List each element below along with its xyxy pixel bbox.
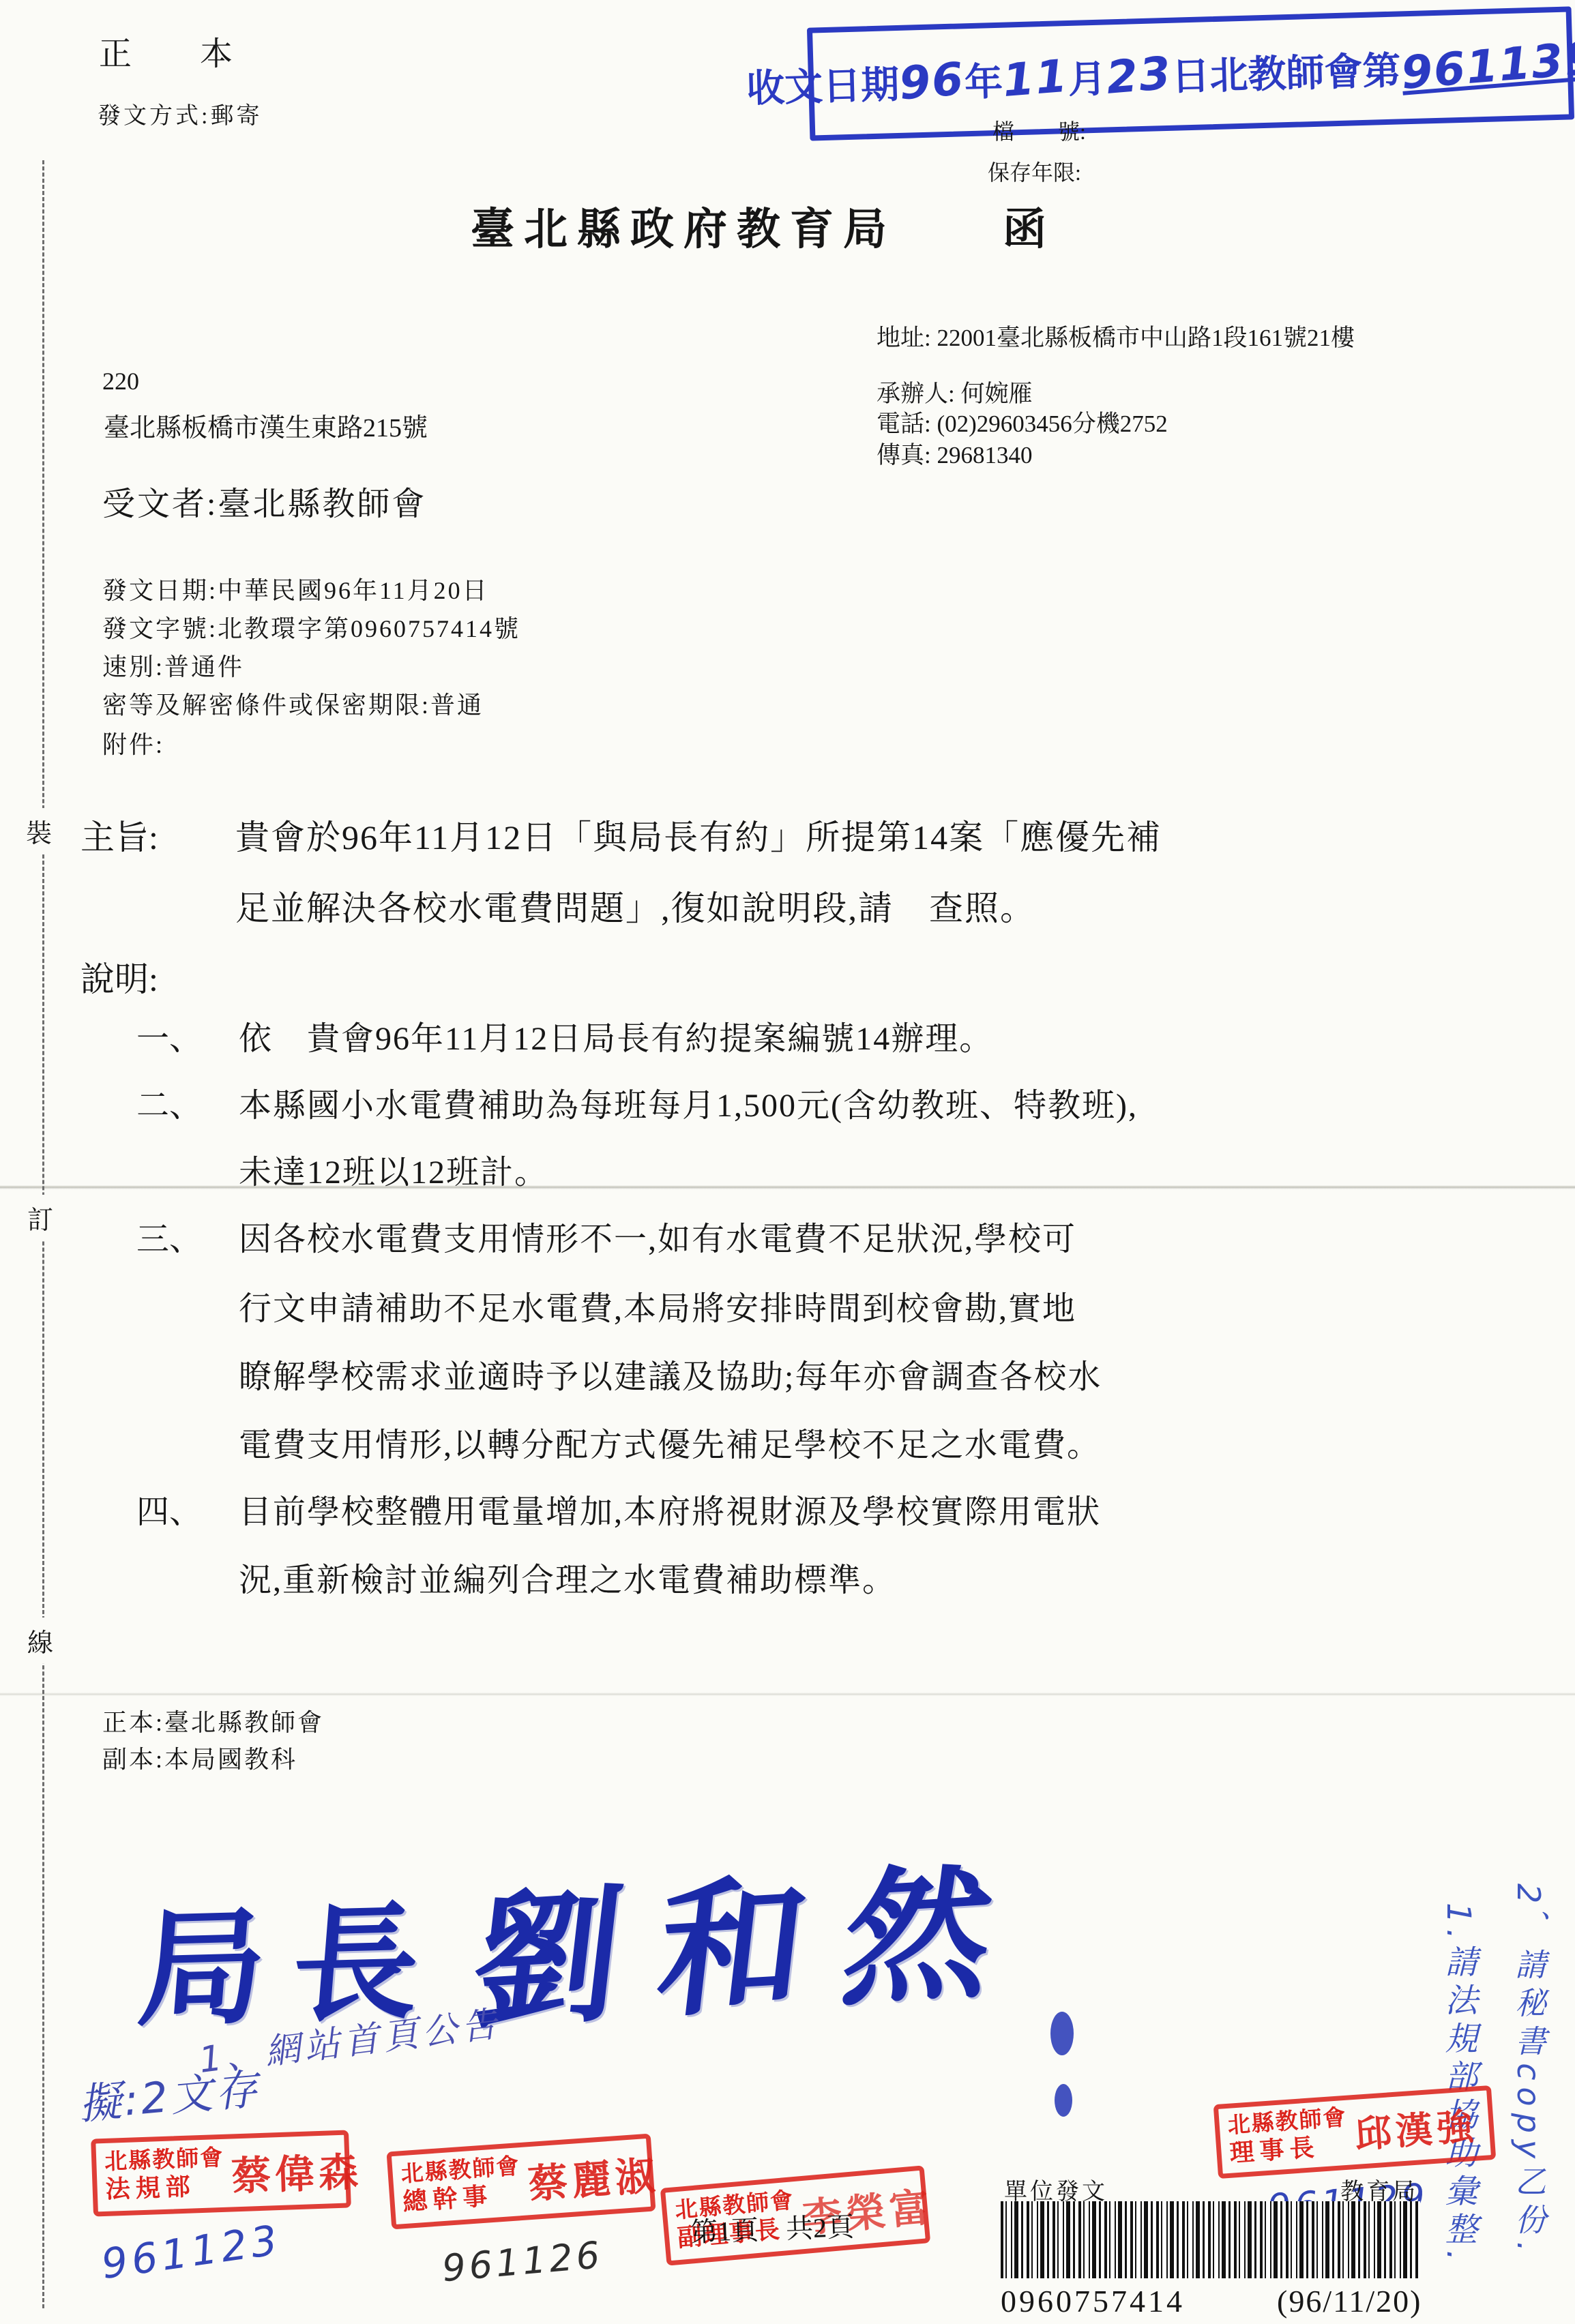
item-line: 電費支用情形,以轉分配方式優先補足學校不足之水電費。 [239, 1418, 1101, 1465]
stamp-secretary-general: 北縣教師會 總幹事 蔡麗淑 [386, 2134, 656, 2230]
page-info: 第1頁 共2頁 [690, 2205, 855, 2250]
director-name: 劉和然 [463, 1813, 1042, 2057]
barcode-number: 0960757414 [1001, 2283, 1185, 2319]
receipt-stamp-year: 96 [897, 52, 967, 109]
item-number: 一、 [136, 1012, 202, 1059]
item-line: 未達12班以12班計。 [239, 1146, 548, 1193]
receipt-stamp-number: 961139 [1399, 31, 1575, 99]
handwritten-note-draft: 擬:2文存 [76, 2055, 263, 2132]
agency-officer: 承辦人: 何婉雁 [877, 375, 1032, 409]
receipt-stamp-text: 年 [964, 52, 1003, 108]
director-signature: 局長 劉和然 [137, 1823, 1032, 2056]
copy-original: 正本:臺北縣教師會 [102, 1703, 324, 1738]
stamp-name: 蔡麗淑 [526, 2143, 660, 2209]
stamp-org: 北縣教師會 [104, 2146, 224, 2176]
item-line: 依 貴會96年11月12日局長有約提案編號14辦理。 [239, 1012, 993, 1059]
item-line: 瞭解學校需求並適時予以建議及協助;每年亦會調查各校水 [239, 1350, 1102, 1397]
receipt-stamp-day: 23 [1104, 46, 1174, 104]
paper-crease [0, 1693, 1575, 1696]
barcode-date: (96/11/20) [1277, 2283, 1422, 2319]
handwritten-note-copy: 2、請秘書copy乙份. [1506, 1883, 1551, 2204]
recipient-label: 受文者:臺北縣教師會 [102, 477, 426, 524]
item-number: 三、 [136, 1212, 202, 1260]
stamp-role: 法規部 [105, 2172, 225, 2204]
receipt-stamp-text: 日 [1171, 46, 1210, 102]
recipient-address: 臺北縣板橋市漢生東路215號 [104, 406, 428, 444]
meta-attachment: 附件: [102, 726, 164, 760]
stamp-name: 蔡偉森 [231, 2140, 364, 2202]
binding-label-zhuang: 裝 [20, 808, 57, 854]
handwritten-date-961126: 961126 [441, 2233, 605, 2290]
document-title: 臺北縣政府教育局 函 [471, 194, 1056, 257]
item-line: 行文申請補助不足水電費,本局將安排時間到校會勘,實地 [239, 1282, 1076, 1329]
item-line: 因各校水電費支用情形不一,如有水電費不足狀況,學校可 [239, 1212, 1076, 1260]
item-line: 目前學校整體用電量增加,本府將視財源及學校實際用電狀 [239, 1485, 1101, 1532]
item-number: 二、 [136, 1079, 202, 1126]
stamp-legal-dept: 北縣教師會 法規部 蔡偉森 [91, 2130, 351, 2216]
recipient-zip: 220 [102, 367, 139, 396]
copy-cc: 副本:本局國教科 [102, 1740, 297, 1775]
item-line: 本縣國小水電費補助為每班每月1,500元(含幼教班、特教班), [239, 1079, 1138, 1126]
receipt-stamp-month: 11 [1001, 49, 1070, 106]
meta-security: 密等及解密條件或保密期限:普通 [102, 686, 484, 721]
retention-label: 保存年限: [988, 155, 1081, 187]
item-number: 四、 [136, 1485, 202, 1532]
receipt-stamp-text: 月 [1068, 48, 1107, 104]
subject-line: 貴會於96年11月12日「與局長有約」所提第14案「應優先補 [235, 810, 1162, 859]
binding-label-ding: 訂 [22, 1195, 59, 1240]
handwritten-date-961123: 961123 [98, 2216, 284, 2289]
description-label: 說明: [80, 952, 158, 1001]
file-number-label: 檔 號: [992, 115, 1086, 146]
agency-address: 地址: 22001臺北縣板橋市中山路1段161號21樓 [877, 319, 1355, 353]
agency-phone: 電話: (02)29603456分機2752 [877, 405, 1168, 439]
document-barcode [1001, 2201, 1420, 2278]
meta-speed: 速別:普通件 [102, 648, 244, 683]
meta-issue-date: 發文日期:中華民國96年11月20日 [102, 571, 489, 606]
subject-line: 足並解決各校水電費問題」,復如說明段,請 查照。 [235, 881, 1035, 930]
item-line: 況,重新檢討並編列合理之水電費補助標準。 [239, 1553, 896, 1600]
agency-fax: 傳真: 29681340 [877, 436, 1032, 471]
stamp-name: 邱漢強 [1353, 2098, 1479, 2158]
binding-label-xian: 線 [22, 1618, 59, 1663]
receipt-stamp-text: 北教師會第 [1209, 40, 1401, 100]
ink-blot [1055, 2084, 1072, 2117]
receipt-stamp-text: 收文日期 [746, 55, 900, 113]
subject-label: 主旨: [80, 810, 158, 859]
meta-doc-number: 發文字號:北教環字第0960757414號 [102, 610, 520, 644]
ink-blot [1050, 2012, 1074, 2055]
copy-type-label: 正 本 [99, 27, 250, 74]
delivery-method: 發文方式:郵寄 [98, 97, 262, 130]
paper-crease [0, 1185, 1575, 1189]
receipt-date-stamp: 收文日期 96 年 11 月 23 日 北教師會第 961139 號 [807, 6, 1574, 140]
scanned-document-page: 裝 訂 線 正 本 發文方式:郵寄 收文日期 96 年 11 月 23 日 北教… [0, 0, 1575, 2324]
